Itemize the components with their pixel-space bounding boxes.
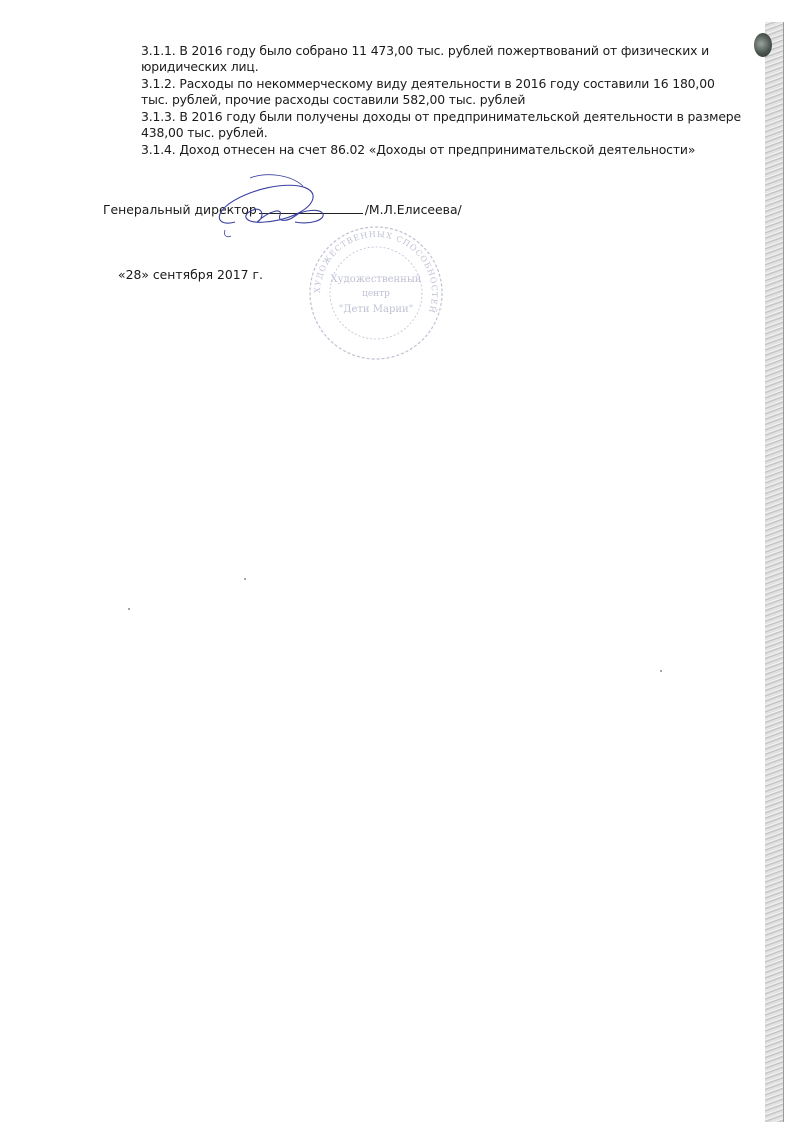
document-date: «28» сентября 2017 г. [118, 267, 263, 282]
paragraph-3-1-4: 3.1.4. Доход отнесен на счет 86.02 «Дохо… [103, 142, 743, 158]
document-page: 3.1.1. В 2016 году было собрано 11 473,0… [0, 0, 800, 1132]
paragraph-number: 3.1.3. [141, 109, 176, 124]
scan-speck [660, 670, 662, 672]
paragraph-3-1-3: 3.1.3. В 2016 году были получены доходы … [103, 109, 743, 141]
paragraph-text: В 2016 году были получены доходы от пред… [141, 109, 741, 140]
paragraph-number: 3.1.4. [141, 142, 176, 157]
binding-stitch-edge [765, 22, 784, 1122]
paragraph-number: 3.1.1. [141, 43, 176, 58]
svg-text:ХУДОЖЕСТВЕННЫХ СПОСОБНОСТЕЙ: ХУДОЖЕСТВЕННЫХ СПОСОБНОСТЕЙ [313, 230, 439, 315]
signer-name: /М.Л.Елисеева/ [365, 202, 462, 217]
scan-speck [128, 608, 130, 610]
scan-speck [244, 578, 246, 580]
stamp-center-line3: "Дети Марии" [339, 304, 414, 315]
paragraph-text: Расходы по некоммерческому виду деятельн… [141, 76, 715, 107]
paragraph-3-1-2: 3.1.2. Расходы по некоммерческому виду д… [103, 76, 743, 108]
paragraph-3-1-1: 3.1.1. В 2016 году было собрано 11 473,0… [103, 43, 743, 75]
organization-stamp: ХУДОЖЕСТВЕННЫХ СПОСОБНОСТЕЙ Художественн… [305, 222, 447, 364]
stamp-center-line2: центр [362, 289, 390, 299]
stamp-ring-text: ХУДОЖЕСТВЕННЫХ СПОСОБНОСТЕЙ [313, 230, 439, 315]
binding-grommet-icon [754, 33, 772, 57]
paragraph-text: В 2016 году было собрано 11 473,00 тыс. … [141, 43, 709, 74]
paragraph-text: Доход отнесен на счет 86.02 «Доходы от п… [179, 142, 695, 157]
stamp-center-line1: Художественный [331, 274, 422, 285]
paragraph-number: 3.1.2. [141, 76, 176, 91]
